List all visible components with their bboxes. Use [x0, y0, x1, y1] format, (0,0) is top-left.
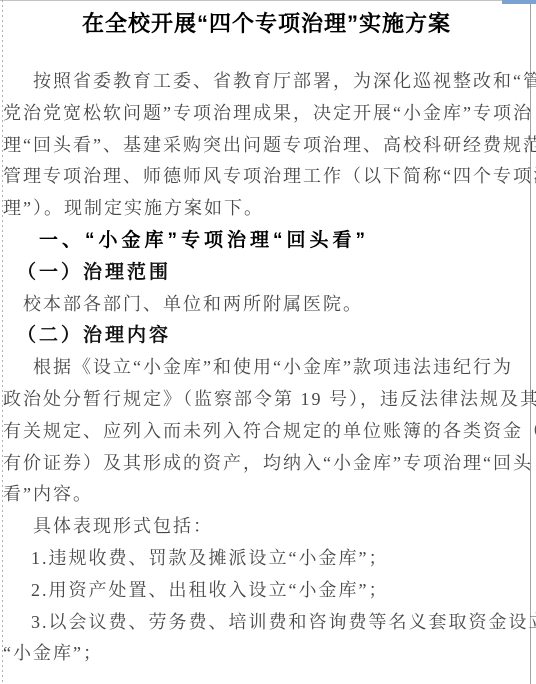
- text-line: 管理专项治理、师德师风专项治理工作（以下简称“四个专项治: [3, 161, 530, 193]
- text-line: 具体表现形式包括：: [3, 511, 530, 543]
- text-line: 校本部各部门、单位和两所附属医院。: [3, 289, 530, 321]
- document-body: 按照省委教育工委、省教育厅部署，为深化巡视整改和“管党治党宽松软问题”专项治理成…: [3, 66, 530, 670]
- text-line: 3.以会议费、劳务费、培训费和咨询费等名义套取资金设立: [3, 607, 530, 639]
- text-line: 1.违规收费、罚款及摊派设立“小金库”；: [3, 543, 530, 575]
- text-line: 2.用资产处置、出租收入设立“小金库”；: [3, 575, 530, 607]
- text-line: 按照省委教育工委、省教育厅部署，为深化巡视整改和“管: [3, 66, 530, 98]
- text-line: 根据《设立“小金库”和使用“小金库”款项违法违纪行为: [3, 352, 530, 384]
- document-content: 在全校开展“四个专项治理”实施方案 按照省委教育工委、省教育厅部署，为深化巡视整…: [3, 0, 530, 670]
- text-line: 政治处分暂行规定》（监察部令第 19 号），违反法律法规及其他: [3, 384, 530, 416]
- text-line: 一、“小金库”专项治理“回头看”: [3, 225, 530, 257]
- text-line: （一）治理范围: [3, 257, 530, 289]
- text-line: 有关规定、应列入而未列入符合规定的单位账簿的各类资金（含: [3, 416, 530, 448]
- text-line: （二）治理内容: [3, 320, 530, 352]
- text-line: “小金库”；: [3, 638, 530, 670]
- text-line: 理“回头看”、基建采购突出问题专项治理、高校科研经费规范: [3, 130, 530, 162]
- text-line: 党治党宽松软问题”专项治理成果，决定开展“小金库”专项治: [3, 98, 530, 130]
- text-line: 理”）。现制定实施方案如下。: [3, 193, 530, 225]
- document-title: 在全校开展“四个专项治理”实施方案: [3, 9, 530, 39]
- document-page: 在全校开展“四个专项治理”实施方案 按照省委教育工委、省教育厅部署，为深化巡视整…: [0, 0, 536, 684]
- text-line: 看”内容。: [3, 479, 530, 511]
- text-line: 有价证券）及其形成的资产，均纳入“小金库”专项治理“回头: [3, 448, 530, 480]
